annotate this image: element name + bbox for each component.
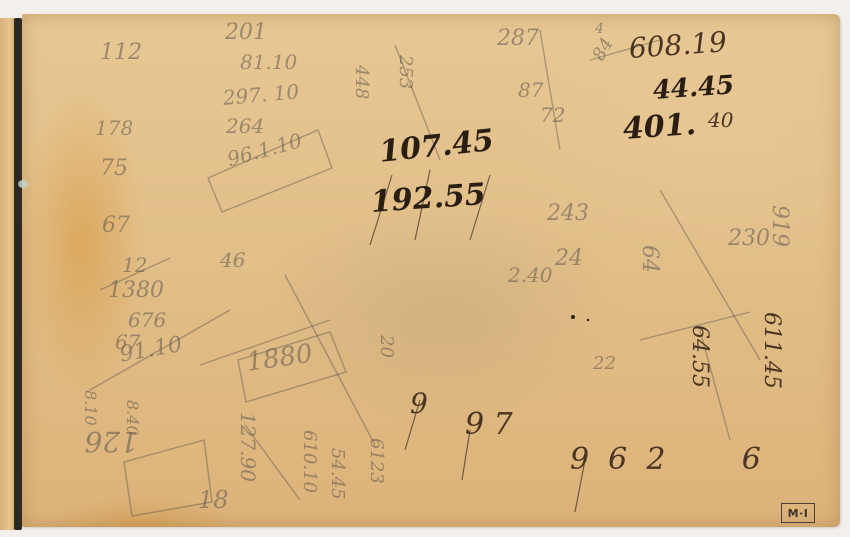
handwritten-n-81-10: 81.10 bbox=[240, 52, 297, 72]
handwritten-n-112: 112 bbox=[100, 42, 142, 64]
handwritten-n-127-90: 127.90 bbox=[238, 412, 258, 482]
handwritten-n-87: 87 bbox=[518, 80, 543, 100]
handwritten-n-44-45: 44.45 bbox=[652, 72, 735, 104]
handwritten-n-24: 24 bbox=[555, 248, 583, 270]
handwritten-n-192-55: 192.55 bbox=[370, 180, 487, 218]
collection-stamp: M·I bbox=[781, 503, 815, 523]
handwritten-n-611-45: 611.45 bbox=[760, 312, 782, 389]
notebook-photo: 11217875671213806766791.104620181.10297.… bbox=[0, 0, 850, 537]
notebook-spine bbox=[14, 18, 22, 530]
handwritten-n-8-10: 8.10 bbox=[82, 390, 98, 426]
handwritten-n-18: 18 bbox=[198, 488, 229, 512]
handwritten-n-448: 448 bbox=[352, 65, 370, 99]
handwritten-n-72: 72 bbox=[540, 105, 565, 125]
handwritten-n-22: 22 bbox=[593, 355, 616, 373]
handwritten-n-64-55: 64.55 bbox=[688, 325, 710, 388]
handwritten-n-1380: 1380 bbox=[108, 280, 164, 302]
handwritten-n-610-10: 610.10 bbox=[300, 430, 318, 493]
handwritten-n-9626: 9 6 2 6 bbox=[570, 445, 761, 475]
handwritten-n-40: 40 bbox=[708, 110, 733, 130]
handwritten-n-230: 230 bbox=[728, 228, 770, 250]
handwritten-n-67: 67 bbox=[102, 215, 130, 237]
handwritten-n-46: 46 bbox=[220, 250, 245, 270]
handwritten-n-8-40: 8.40 bbox=[124, 400, 140, 436]
handwritten-n-12: 12 bbox=[122, 255, 147, 275]
handwritten-n-919: 919 bbox=[768, 205, 790, 247]
handwritten-n-287: 287 bbox=[497, 28, 539, 50]
handwritten-n-4: 4 bbox=[595, 22, 604, 36]
handwritten-n-54-45: 54.45 bbox=[328, 448, 346, 500]
handwritten-n-608-19: 608.19 bbox=[628, 28, 728, 63]
handwritten-n-253: 253 bbox=[396, 55, 414, 89]
handwritten-n-297-10: 297. 10 bbox=[222, 81, 300, 108]
handwritten-n-401: 401. bbox=[622, 110, 697, 145]
handwritten-n-75: 75 bbox=[100, 158, 128, 180]
handwritten-n-201: 201 bbox=[225, 22, 267, 44]
handwritten-n-20: 20 bbox=[377, 335, 395, 358]
handwritten-n-9-7: 9 7 bbox=[465, 410, 513, 440]
handwritten-n-9: 9 bbox=[410, 390, 428, 418]
handwritten-n-64: 64 bbox=[638, 245, 660, 273]
handwritten-n-243: 243 bbox=[547, 203, 589, 225]
handwritten-n-6123: 6123 bbox=[367, 438, 385, 484]
handwritten-n-178: 178 bbox=[95, 118, 133, 138]
handwritten-n-264: 264 bbox=[226, 116, 264, 136]
binding-thread bbox=[18, 180, 28, 188]
handwritten-n-676: 676 bbox=[128, 310, 166, 330]
handwritten-n-2-40: 2.40 bbox=[508, 265, 553, 285]
